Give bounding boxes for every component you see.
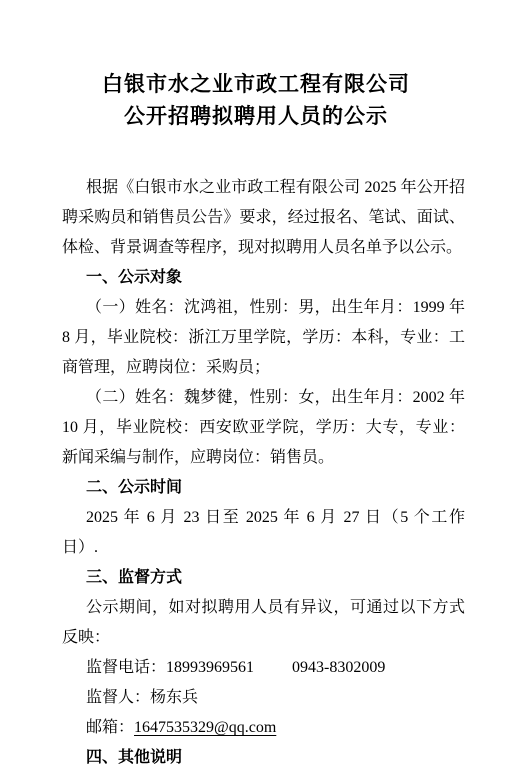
email-line: 邮箱：1647535329@qq.com [62,713,465,743]
email-label: 邮箱： [86,719,134,736]
supervisor-name: 杨东兵 [150,689,198,706]
section-3-heading: 三、监督方式 [62,563,465,593]
supervisor-line: 监督人：杨东兵 [62,683,465,713]
title-line-1: 白银市水之业市政工程有限公司 [0,68,512,100]
document-title: 白银市水之业市政工程有限公司 公开招聘拟聘用人员的公示 [0,68,512,132]
announcement-page: 白银市水之业市政工程有限公司 公开招聘拟聘用人员的公示 根据《白银市水之业市政工… [0,0,512,765]
title-line-2: 公开招聘拟聘用人员的公示 [0,100,512,132]
supervision-phone-line: 监督电话：189939695610943-8302009 [62,653,465,683]
section-2-heading: 二、公示时间 [62,473,465,503]
phone-label: 监督电话： [86,659,166,676]
candidate-1-details: （一）姓名：沈鸿祖，性别：男，出生年月：1999 年 8 月，毕业院校：浙江万里… [62,293,465,383]
section-4-heading: 四、其他说明 [62,743,465,765]
phone-number-mobile: 18993969561 [166,659,254,676]
phone-number-landline: 0943-8302009 [292,659,385,676]
publicity-period-text: 2025 年 6 月 23 日至 2025 年 6 月 27 日（5 个工作日）… [62,503,465,563]
email-link[interactable]: 1647535329@qq.com [134,719,276,736]
supervision-intro-text: 公示期间，如对拟聘用人员有异议，可通过以下方式反映： [62,593,465,653]
candidate-2-details: （二）姓名：魏梦徤，性别：女，出生年月：2002 年 10 月，毕业院校：西安欧… [62,383,465,473]
supervisor-label: 监督人： [86,689,150,706]
intro-paragraph: 根据《白银市水之业市政工程有限公司 2025 年公开招聘采购员和销售员公告》要求… [62,173,465,263]
document-body: 根据《白银市水之业市政工程有限公司 2025 年公开招聘采购员和销售员公告》要求… [0,173,512,765]
section-1-heading: 一、公示对象 [62,263,465,293]
